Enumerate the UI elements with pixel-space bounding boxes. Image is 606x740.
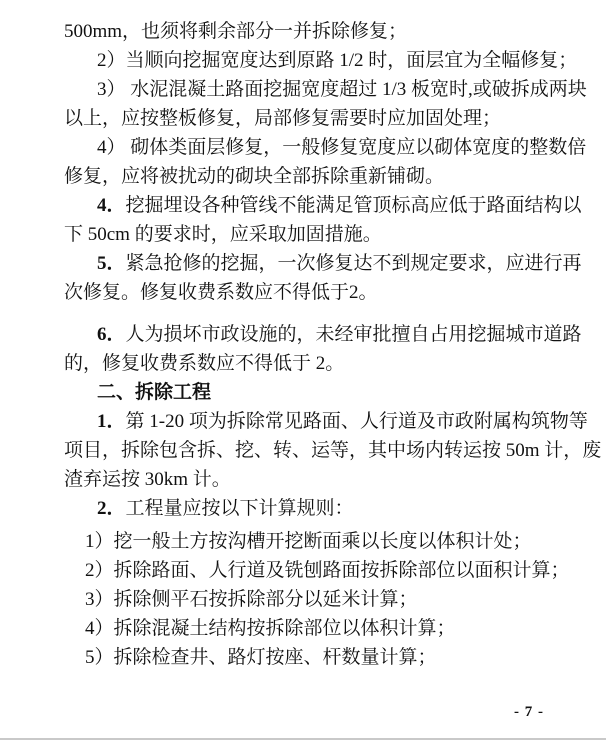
list-item: 3）拆除侧平石按拆除部分以延米计算； xyxy=(64,585,544,614)
section-number: 2． xyxy=(97,498,126,519)
list-item: 2）拆除路面、人行道及铣刨路面按拆除部位以面积计算； xyxy=(64,556,544,585)
list-item: 4）拆除混凝土结构按拆除部位以体积计算； xyxy=(64,614,544,643)
page-footer: - 7 - xyxy=(514,704,544,721)
paragraph-line: 的，修复收费系数应不得低于 2。 xyxy=(64,349,544,378)
line-text: 紧急抢修的挖掘，一次修复达不到规定要求，应进行再 xyxy=(126,253,582,274)
section-number: 5． xyxy=(97,253,126,274)
paragraph-line: 2．工程量应按以下计算规则： xyxy=(64,494,544,523)
line-text: 挖掘埋设各种管线不能满足管顶标高应低于路面结构以 xyxy=(126,195,582,216)
section-number: 6． xyxy=(97,324,126,345)
paragraph-line: 6．人为损坏市政设施的，未经审批擅自占用挖掘城市道路 xyxy=(64,320,544,349)
list-item: 5）拆除检查井、路灯按座、杆数量计算； xyxy=(64,643,544,672)
line-text: 以上，应按整板修复，局部修复需要时应加固处理； xyxy=(64,108,501,129)
paragraph-line: 2）当顺向挖掘宽度达到原路 1/2 时，面层宜为全幅修复； xyxy=(64,46,544,75)
paragraph-line: 4） 砌体类面层修复，一般修复宽度应以砌体宽度的整数倍 xyxy=(64,133,544,162)
line-text: 修复，应将被扰动的砌块全部拆除重新铺砌。 xyxy=(64,166,444,187)
line-text: 4） 砌体类面层修复，一般修复宽度应以砌体宽度的整数倍 xyxy=(97,137,586,158)
line-text: 渣弃运按 30km 计。 xyxy=(64,469,231,490)
line-text: 项目，拆除包含拆、挖、转、运等，其中场内转运按 50m 计，废 xyxy=(64,440,601,461)
line-text: 2）当顺向挖掘宽度达到原路 1/2 时，面层宜为全幅修复； xyxy=(97,50,577,71)
line-text: 5）拆除检查井、路灯按座、杆数量计算； xyxy=(85,647,437,668)
line-text: 4）拆除混凝土结构按拆除部位以体积计算； xyxy=(85,618,456,639)
paragraph-line: 以上，应按整板修复，局部修复需要时应加固处理； xyxy=(64,104,544,133)
paragraph-line: 4．挖掘埋设各种管线不能满足管顶标高应低于路面结构以 xyxy=(64,191,544,220)
line-text: 工程量应按以下计算规则： xyxy=(126,498,354,519)
paragraph-line: 渣弃运按 30km 计。 xyxy=(64,465,544,494)
paragraph-line: 次修复。修复收费系数应不得低于2。 xyxy=(64,278,544,307)
paragraph-line: 3） 水泥混凝土路面挖掘宽度超过 1/3 板宽时,或破拆成两块 xyxy=(64,75,544,104)
paragraph-line: 修复，应将被扰动的砌块全部拆除重新铺砌。 xyxy=(64,162,544,191)
line-text: 第 1-20 项为拆除常见路面、人行道及市政附属构筑物等 xyxy=(126,411,588,432)
line-text: 500mm，也须将剩余部分一并拆除修复； xyxy=(64,21,407,42)
list-item: 1）挖一般土方按沟槽开挖断面乘以长度以体积计处； xyxy=(64,527,544,556)
section-heading: 二、拆除工程 xyxy=(64,378,544,407)
paragraph-line: 下 50cm 的要求时，应采取加固措施。 xyxy=(64,220,544,249)
paragraph-line: 5．紧急抢修的挖掘，一次修复达不到规定要求，应进行再 xyxy=(64,249,544,278)
line-text: 3）拆除侧平石按拆除部分以延米计算； xyxy=(85,589,418,610)
line-text: 3） 水泥混凝土路面挖掘宽度超过 1/3 板宽时,或破拆成两块 xyxy=(97,79,587,100)
document-page: 500mm，也须将剩余部分一并拆除修复； 2）当顺向挖掘宽度达到原路 1/2 时… xyxy=(0,0,606,740)
section-number: 1． xyxy=(97,411,126,432)
paragraph-line: 项目，拆除包含拆、挖、转、运等，其中场内转运按 50m 计，废 xyxy=(64,436,544,465)
line-text: 次修复。修复收费系数应不得低于2。 xyxy=(64,282,378,303)
section-heading-text: 二、拆除工程 xyxy=(97,382,211,403)
line-text: 2）拆除路面、人行道及铣刨路面按拆除部位以面积计算； xyxy=(85,560,570,581)
line-text: 的，修复收费系数应不得低于 2。 xyxy=(64,353,344,374)
section-number: 4． xyxy=(97,195,126,216)
paragraph-line: 1．第 1-20 项为拆除常见路面、人行道及市政附属构筑物等 xyxy=(64,407,544,436)
paragraph-line: 500mm，也须将剩余部分一并拆除修复； xyxy=(64,17,544,46)
line-text: 人为损坏市政设施的，未经审批擅自占用挖掘城市道路 xyxy=(126,324,582,345)
line-text: 下 50cm 的要求时，应采取加固措施。 xyxy=(64,224,382,245)
line-text: 1）挖一般土方按沟槽开挖断面乘以长度以体积计处； xyxy=(85,531,532,552)
page-number: - 7 - xyxy=(514,704,544,720)
